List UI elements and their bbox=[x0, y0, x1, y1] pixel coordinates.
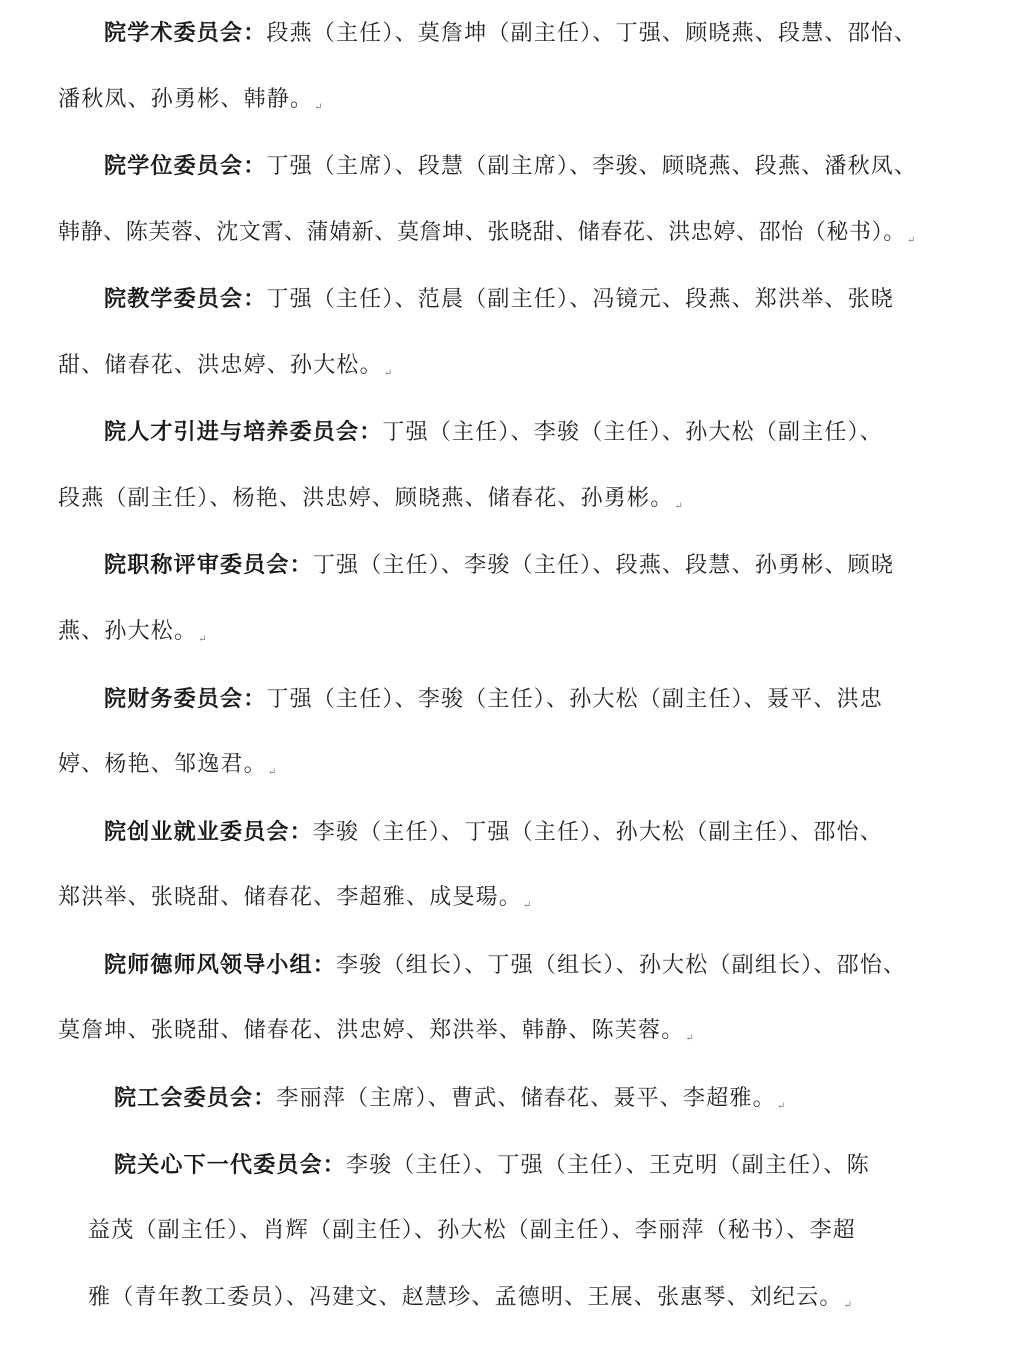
committee-degree-line-2: 韩静、陈芙蓉、沈文霄、蒲婧新、莫詹坤、张晓甜、储春花、洪忠婷、邵怡（秘书）。↵ bbox=[58, 218, 916, 256]
committee-title: 院创业就业委员会： bbox=[104, 819, 313, 845]
committee-title: 院师德师风领导小组： bbox=[104, 952, 336, 978]
committee-members: 丁强（主席）、段慧（副主席）、李骏、顾晓燕、段燕、潘秋凤、 bbox=[266, 154, 917, 179]
committee-title-review-line-1: 院职称评审委员会：丁强（主任）、李骏（主任）、段燕、段慧、孙勇彬、顾晓 bbox=[104, 550, 894, 581]
paragraph-mark-icon: ↵ bbox=[314, 102, 324, 113]
committee-members: 燕、孙大松。 bbox=[58, 619, 197, 644]
committee-union-line-1: 院工会委员会：李丽萍（主席）、曹武、储春花、聂平、李超雅。↵ bbox=[114, 1083, 786, 1122]
committee-next-generation-line-3: 雅（青年教工委员）、冯建文、赵慧珍、孟德明、王展、张惠琴、刘纪云。↵ bbox=[88, 1283, 853, 1321]
committee-title: 院工会委员会： bbox=[114, 1085, 276, 1111]
committee-members: 丁强（主任）、李骏（主任）、孙大松（副主任）、聂平、洪忠 bbox=[266, 687, 883, 712]
paragraph-mark-icon: ↵ bbox=[907, 235, 916, 246]
committee-title: 院教学委员会： bbox=[104, 286, 266, 312]
committee-members: 甜、储春花、洪忠婷、孙大松。 bbox=[58, 353, 383, 378]
paragraph-mark-icon: ↵ bbox=[268, 767, 278, 778]
committee-members: 李丽萍（主席）、曹武、储春花、聂平、李超雅。 bbox=[276, 1086, 775, 1111]
committee-finance-line-1: 院财务委员会：丁强（主任）、李骏（主任）、孙大松（副主任）、聂平、洪忠 bbox=[104, 684, 883, 715]
committee-ethics-line-2: 莫詹坤、张晓甜、储春花、洪忠婷、郑洪举、韩静、陈芙蓉。↵ bbox=[58, 1016, 695, 1054]
committee-members: 李骏（主任）、丁强（主任）、王克明（副主任）、陈 bbox=[346, 1153, 870, 1178]
committee-members: 段燕（副主任）、杨艳、洪忠婷、顾晓燕、储春花、孙勇彬。 bbox=[58, 486, 673, 511]
committee-title: 院人才引进与培养委员会： bbox=[104, 419, 382, 445]
paragraph-mark-icon: ↵ bbox=[844, 1300, 854, 1311]
paragraph-mark-icon: ↵ bbox=[674, 501, 684, 512]
committee-members: 韩静、陈芙蓉、沈文霄、蒲婧新、莫詹坤、张晓甜、储春花、洪忠婷、邵怡（秘书）。 bbox=[58, 220, 906, 245]
committee-employment-line-2: 郑洪举、张晓甜、储春花、李超雅、成旻瑒。↵ bbox=[58, 883, 533, 921]
committee-members: 丁强（主任）、范晨（副主任）、冯镜元、段燕、郑洪举、张晓 bbox=[266, 287, 894, 312]
committee-title: 院学术委员会： bbox=[104, 20, 266, 46]
paragraph-mark-icon: ↵ bbox=[198, 634, 208, 645]
committee-talent-line-1: 院人才引进与培养委员会：丁强（主任）、李骏（主任）、孙大松（副主任）、 bbox=[104, 417, 883, 448]
committee-title: 院学位委员会： bbox=[104, 153, 266, 179]
committee-members: 潘秋凤、孙勇彬、韩静。 bbox=[58, 87, 313, 112]
committee-members: 雅（青年教工委员）、冯建文、赵慧珍、孟德明、王展、张惠琴、刘纪云。 bbox=[88, 1285, 843, 1310]
committee-next-generation-line-2: 益茂（副主任）、肖辉（副主任）、孙大松（副主任）、李丽萍（秘书）、李超 bbox=[88, 1216, 856, 1246]
committee-degree-line-1: 院学位委员会：丁强（主席）、段慧（副主席）、李骏、顾晓燕、段燕、潘秋凤、 bbox=[104, 151, 917, 182]
committee-finance-line-2: 婷、杨艳、邹逸君。↵ bbox=[58, 750, 277, 788]
committee-title-review-line-2: 燕、孙大松。↵ bbox=[58, 617, 208, 655]
paragraph-mark-icon: ↵ bbox=[777, 1101, 787, 1112]
committee-members: 丁强（主任）、李骏（主任）、孙大松（副主任）、 bbox=[382, 420, 883, 445]
committee-ethics-line-1: 院师德师风领导小组：李骏（组长）、丁强（组长）、孙大松（副组长）、邵怡、 bbox=[104, 950, 906, 981]
committee-members: 段燕（主任）、莫詹坤（副主任）、丁强、顾晓燕、段慧、邵怡、 bbox=[266, 21, 917, 46]
paragraph-mark-icon: ↵ bbox=[685, 1033, 695, 1044]
committee-members: 李骏（主任）、丁强（主任）、孙大松（副主任）、邵怡、 bbox=[313, 820, 883, 845]
committee-members: 郑洪举、张晓甜、储春花、李超雅、成旻瑒。 bbox=[58, 885, 522, 910]
committee-employment-line-1: 院创业就业委员会：李骏（主任）、丁强（主任）、孙大松（副主任）、邵怡、 bbox=[104, 817, 883, 848]
committee-academic-line-1: 院学术委员会：段燕（主任）、莫詹坤（副主任）、丁强、顾晓燕、段慧、邵怡、 bbox=[104, 18, 917, 49]
paragraph-mark-icon: ↵ bbox=[523, 900, 533, 911]
committee-talent-line-2: 段燕（副主任）、杨艳、洪忠婷、顾晓燕、储春花、孙勇彬。↵ bbox=[58, 484, 684, 522]
committee-teaching-line-2: 甜、储春花、洪忠婷、孙大松。↵ bbox=[58, 351, 393, 389]
committee-academic-line-2: 潘秋凤、孙勇彬、韩静。↵ bbox=[58, 85, 324, 123]
committee-title: 院职称评审委员会： bbox=[104, 552, 313, 578]
committee-title: 院关心下一代委员会： bbox=[114, 1152, 346, 1178]
committee-members: 李骏（组长）、丁强（组长）、孙大松（副组长）、邵怡、 bbox=[336, 953, 906, 978]
committee-teaching-line-1: 院教学委员会：丁强（主任）、范晨（副主任）、冯镜元、段燕、郑洪举、张晓 bbox=[104, 284, 894, 315]
committee-members: 婷、杨艳、邹逸君。 bbox=[58, 752, 267, 777]
paragraph-mark-icon: ↵ bbox=[384, 368, 394, 379]
committee-members: 莫詹坤、张晓甜、储春花、洪忠婷、郑洪举、韩静、陈芙蓉。 bbox=[58, 1018, 684, 1043]
committee-members: 益茂（副主任）、肖辉（副主任）、孙大松（副主任）、李丽萍（秘书）、李超 bbox=[88, 1218, 856, 1243]
committee-next-generation-line-1: 院关心下一代委员会：李骏（主任）、丁强（主任）、王克明（副主任）、陈 bbox=[114, 1150, 870, 1181]
committee-members: 丁强（主任）、李骏（主任）、段燕、段慧、孙勇彬、顾晓 bbox=[313, 553, 894, 578]
committee-title: 院财务委员会： bbox=[104, 686, 266, 712]
